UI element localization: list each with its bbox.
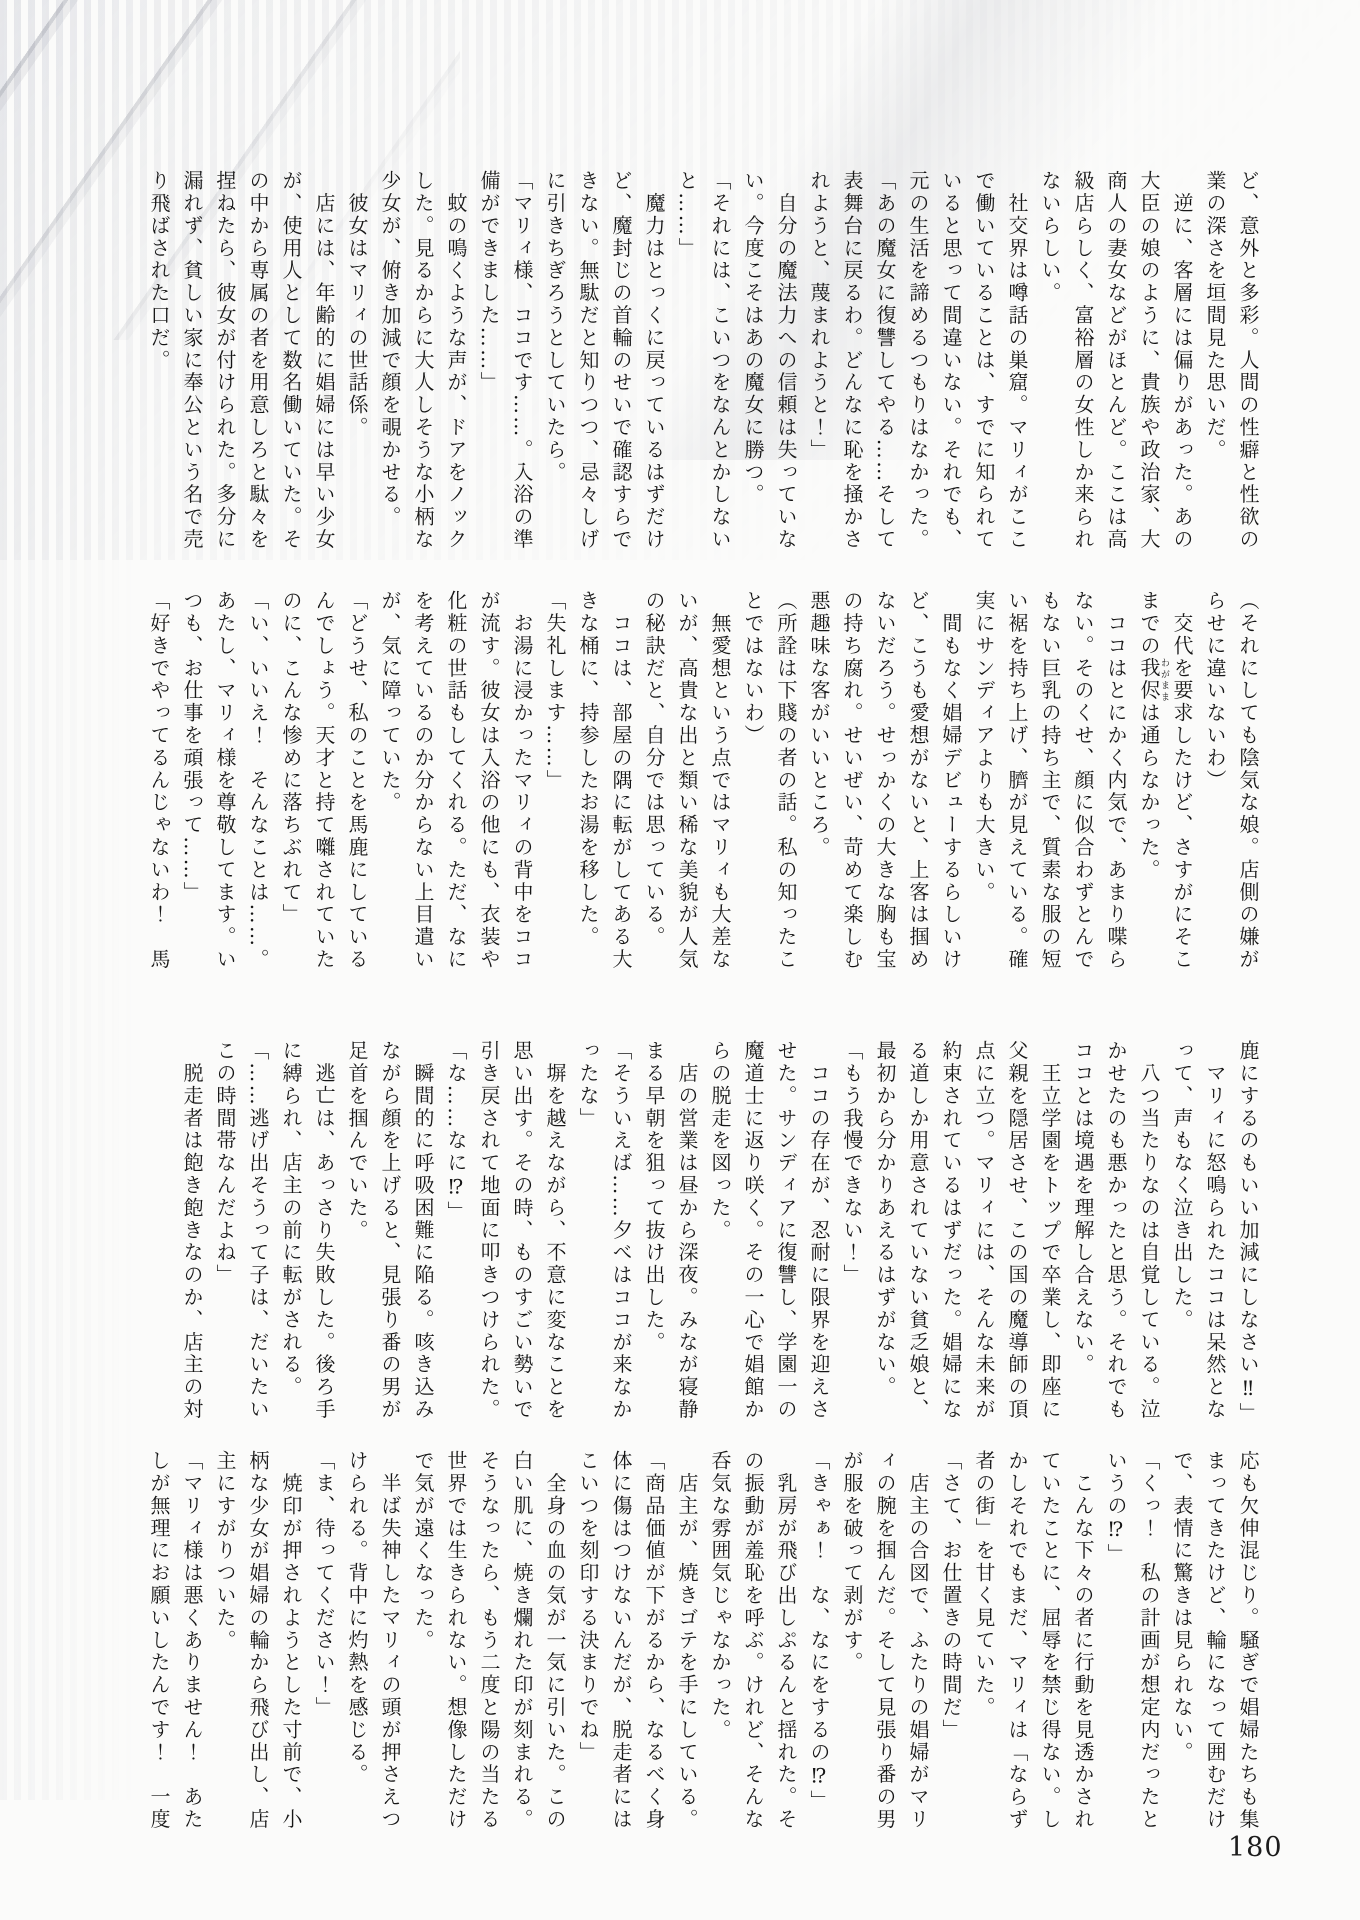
paragraph: ココは、部屋の隅に転がしてある大きな桶に、持参したお湯を移した。 [571,590,637,974]
paragraph: 交代を要求したけど、さすがにそこまでの我侭わがままは通らなかった。 [1132,590,1198,974]
paragraph: 「それには、こいつをなんとかしないと……」 [670,170,736,554]
paragraph: 八つ当たりなのは自覚している。泣かせたのも悪かったと思う。それでもココとは境遇を… [1066,1040,1165,1424]
paragraph: 王立学園をトップで卒業し、即座に父親を隠居させ、この国の魔導師の頂点に立つ。マリ… [868,1040,1066,1424]
paragraph: 店の営業は昼から深夜。みなが寝静まる早朝を狙って抜け出した。 [637,1040,703,1424]
paragraph: 「商品価値が下がるから、なるべく身体に傷はつけないんだが、脱走者にはこいつを刻印… [571,1450,670,1834]
paragraph: ココの存在が、忍耐に限界を迎えさせた。サンディアに復讐し、学園一の魔道士に返り咲… [703,1040,835,1424]
paragraph: ココはとにかく内気で、あまり喋らない。そのくせ、顔に似合わずとんでもない巨乳の持… [967,590,1132,974]
paragraph: 脱走者は飽き飽きなのか、店主の対 [175,1040,208,1424]
page-number: 180 [1228,1832,1283,1863]
paragraph: 「ま、待ってください！」 [307,1450,340,1834]
paragraph: 逃亡は、あっさり失敗した。後ろ手に縛られ、店主の前に転がされる。 [274,1040,340,1424]
paragraph: 焼印が押されようとした寸前で、小柄な少女が娼婦の輪から飛び出し、店主にすがりつい… [208,1450,307,1834]
paragraph: 蚊の鳴くような声が、ドアをノックした。見るからに大人しそうな小柄な少女が、俯き加… [373,170,472,554]
paragraph: 半ば失神したマリィの頭が押さえつけられる。背中に灼熱を感じる。 [340,1450,406,1834]
paragraph: 「マリィ様、ココです……。入浴の準備ができました……」 [472,170,538,554]
paragraph: 鹿にするのもいい加減にしなさい‼」 [1231,1040,1264,1424]
paragraph: 逆に、客層には偏りがあった。あの大臣の娘のように、貴族や政治家、大商人の妻女など… [1033,170,1198,554]
paragraph: 「あの魔女に復讐してやる……そして表舞台に戻るわ。どんなに恥を掻かされようと、蔑… [802,170,901,554]
paragraph: 「さて、お仕置きの時間だ」 [934,1450,967,1834]
paragraph: 「くっ！ 私の計画が想定内だったというの⁉」 [1099,1450,1165,1834]
text-band-3: 鹿にするのもいい加減にしなさい‼」 マリィに怒鳴られたココは呆然となって、声もな… [175,1040,1264,1424]
paragraph: 「失礼します……」 [538,590,571,974]
paragraph: 「もう我慢できない！」 [835,1040,868,1424]
paragraph: 「好きでやってるんじゃないわ！ 馬 [142,590,175,974]
paragraph: 乳房が飛び出しぷるんと揺れた。その振動が羞恥を呼ぶ。けれど、そんな呑気な雰囲気じ… [703,1450,802,1834]
paragraph: （所詮は下賤の者の話。私の知ったことではないわ） [736,590,802,974]
paragraph: （それにしても陰気な娘。店側の嫌がらせに違いないわ） [1198,590,1264,974]
paragraph: 社交界は噂話の巣窟。マリィがここで働いていることは、すでに知られていると思って間… [901,170,1033,554]
paragraph: 「マリィ様は悪くありません！ あたしが無理にお願いしたんです！ 一度 [142,1450,208,1834]
paragraph: マリィに怒鳴られたココは呆然となって、声もなく泣き出した。 [1165,1040,1231,1424]
paragraph: 彼女はマリィの世話係。 [340,170,373,554]
paragraph: こんな下々の者に行動を見透かされていたことに、屈辱を禁じ得ない。しかしそれでもま… [967,1450,1099,1834]
paragraph: 「どうせ、私のことを馬鹿にしているんでしょう。天才と持て囃されていたのに、こんな… [274,590,373,974]
paragraph: 店には、年齢的に娼婦には早い少女が、使用人として数名働いていた。その中から専属の… [142,170,340,554]
paragraph: 店主の合図で、ふたりの娼婦がマリィの腕を掴んだ。そして見張り番の男が服を破って剥… [835,1450,934,1834]
paragraph: 自分の魔法力への信頼は失っていない。今度こそはあの魔女に勝つ。 [736,170,802,554]
scan-stripes-left-overlay [0,0,140,1800]
paragraph: 「そういえば……夕べはココが来なかったな」 [571,1040,637,1424]
paragraph: 魔力はとっくに戻っているはずだけど、魔封じの首輪のせいで確認すらできない。無駄だ… [538,170,670,554]
paragraph: 「きゃぁ！ な、なにをするの⁉」 [802,1450,835,1834]
paragraph: 「な……なに⁉」 [439,1040,472,1424]
text-band-2: （それにしても陰気な娘。店側の嫌がらせに違いないわ） 交代を要求したけど、さすが… [142,590,1264,974]
paragraph: 全身の血の気が一気に引いた。この白い肌に、焼き爛れた印が刻まれる。そうなったら、… [406,1450,571,1834]
paragraph: ど、意外と多彩。人間の性癖と性欲の業の深さを垣間見た思いだ。 [1198,170,1264,554]
text-band-4: 応も欠伸混じり。騒ぎで娼婦たちも集まってきたけど、輪になって囲むだけで、表情に驚… [142,1450,1264,1834]
book-page: ど、意外と多彩。人間の性癖と性欲の業の深さを垣間見た思いだ。 逆に、客層には偏り… [0,0,1360,1920]
paragraph: お湯に浸かったマリィの背中をココが流す。彼女は入浴の他にも、衣装や化粧の世話もし… [373,590,538,974]
paragraph: 「……逃げ出そうって子は、だいたいこの時間帯なんだよね」 [208,1040,274,1424]
text-band-1: ど、意外と多彩。人間の性癖と性欲の業の深さを垣間見た思いだ。 逆に、客層には偏り… [142,170,1264,554]
paragraph: 店主が、焼きゴテを手にしている。 [670,1450,703,1834]
paragraph: 塀を越えながら、不意に変なことを思い出す。その時、ものすごい勢いで引き戻されて地… [472,1040,571,1424]
paragraph: 無愛想という点ではマリィも大差ないが、高貴な出と類い稀な美貌が人気の秘訣だと、自… [637,590,736,974]
paragraph: 応も欠伸混じり。騒ぎで娼婦たちも集まってきたけど、輪になって囲むだけで、表情に驚… [1165,1450,1264,1834]
paragraph: 「い、いいえ！ そんなことは……。あたし、マリィ様を尊敬してます。いつも、お仕事… [175,590,274,974]
paragraph: 瞬間的に呼吸困難に陥る。咳き込みながら顔を上げると、見張り番の男が足首を掴んでい… [340,1040,439,1424]
paragraph: 間もなく娼婦デビューするらしいけど、こうも愛想がないと、上客は掴めないだろう。せ… [802,590,967,974]
